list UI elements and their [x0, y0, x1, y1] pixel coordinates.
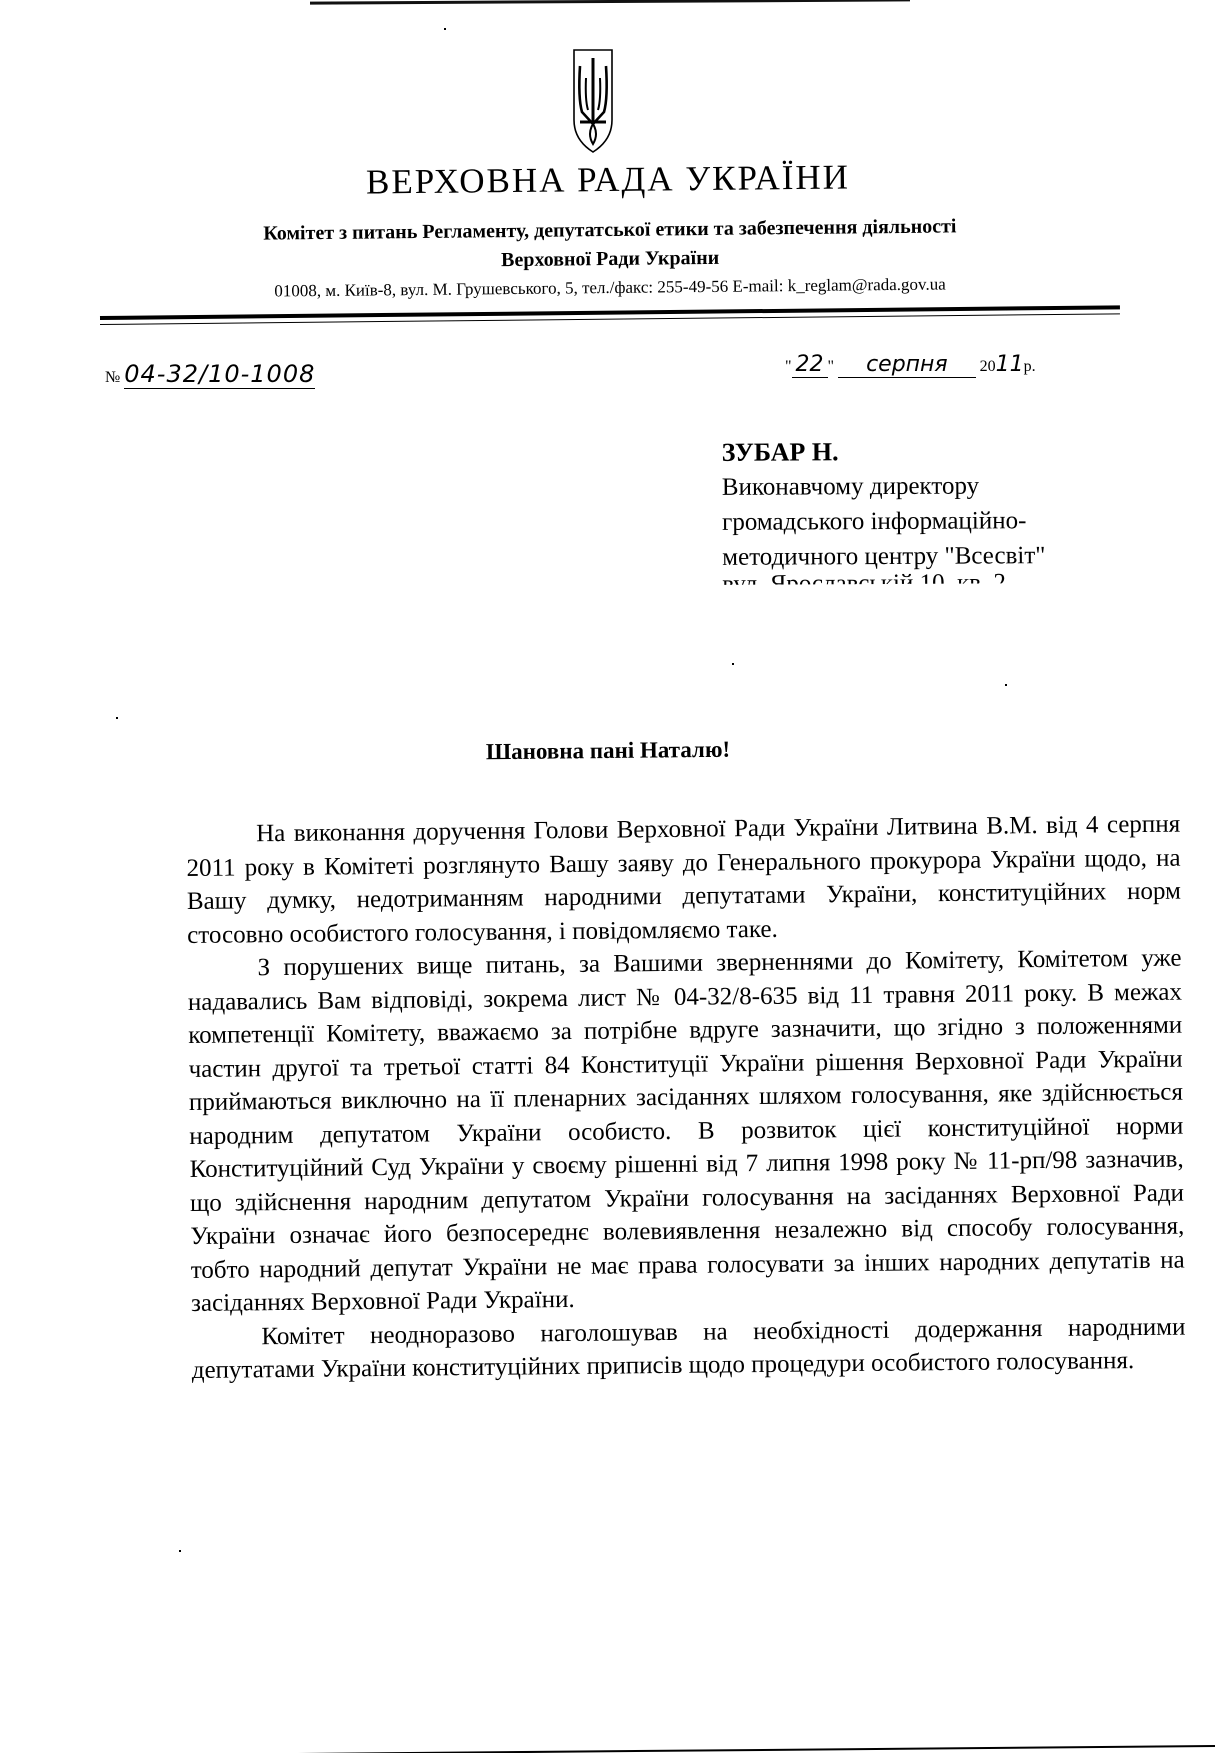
- salutation: Шановна пані Наталю!: [0, 732, 1216, 771]
- scan-bottom-edge-line: [275, 1745, 1215, 1753]
- scan-speck: [444, 28, 446, 30]
- trident-coat-of-arms-icon: [572, 48, 614, 154]
- handwritten-month: серпня: [838, 352, 976, 378]
- registration-date: "22" серпня 2011р.: [785, 352, 1036, 377]
- recipient-line-3: методичного центру "Всесвіт": [722, 538, 1045, 575]
- recipient-line-4-cut: вул. Ярославській 10, кв. 2: [722, 573, 1045, 585]
- scan-speck: [116, 717, 118, 719]
- body-paragraph: З порушених вище питань, за Вашими зверн…: [187, 942, 1185, 1321]
- registration-number: № 04-32/10-1008: [105, 360, 315, 388]
- contact-address: 01008, м. Київ-8, вул. М. Грушевського, …: [150, 273, 1070, 303]
- committee-name: Комітет з питань Регламенту, депутатсько…: [120, 211, 1101, 279]
- number-sign: №: [105, 369, 120, 386]
- year-suffix: р.: [1024, 358, 1036, 375]
- scan-top-edge-line: [310, 0, 910, 5]
- body-paragraph: На виконання доручення Голови Верховної …: [186, 808, 1181, 952]
- scan-speck: [732, 663, 734, 665]
- letter-page: ВЕРХОВНА РАДА УКРАЇНИ Комітет з питань Р…: [0, 0, 1216, 1753]
- recipient-line-2: громадського інформаційно-: [722, 503, 1045, 540]
- scan-speck: [1005, 684, 1007, 686]
- handwritten-day: 22: [792, 352, 828, 378]
- handwritten-number: 04-32/10-1008: [124, 360, 315, 389]
- recipient-line-1: Виконавчому директору: [722, 468, 1045, 505]
- scan-speck: [179, 1550, 181, 1552]
- date-quote-open: ": [785, 358, 792, 375]
- recipient-block: ЗУБАР Н. Виконавчому директору громадськ…: [722, 433, 1046, 585]
- year-prefix: 20: [980, 358, 996, 375]
- body-paragraph: Комітет неодноразово наголошував на необ…: [191, 1310, 1186, 1387]
- organization-title: ВЕРХОВНА РАДА УКРАЇНИ: [0, 154, 1216, 207]
- date-quote-close: ": [828, 358, 835, 375]
- recipient-name: ЗУБАР Н.: [722, 433, 1045, 470]
- handwritten-year: 11: [996, 352, 1024, 377]
- letter-body: На виконання доручення Голови Верховної …: [186, 808, 1186, 1388]
